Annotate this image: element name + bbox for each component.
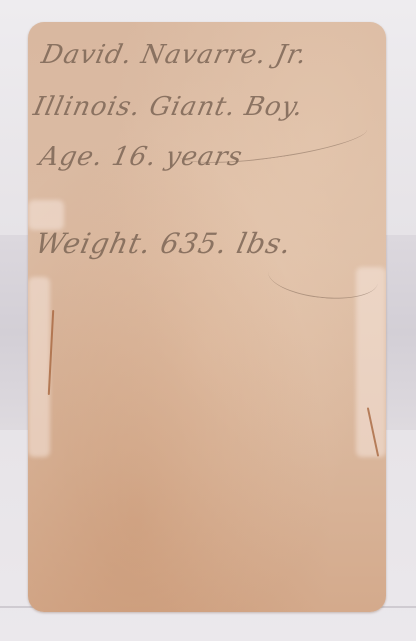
inscription-weight: Weight. 635. lbs. [32, 227, 294, 260]
inscription-title: Illinois. Giant. Boy. [31, 92, 307, 122]
edge-wear [28, 200, 64, 230]
inscription-name: David. Navarre. Jr. [39, 40, 310, 70]
edge-wear [28, 277, 50, 457]
ink-flourish [177, 114, 369, 171]
photo-card-back: David. Navarre. Jr. Illinois. Giant. Boy… [28, 22, 386, 612]
